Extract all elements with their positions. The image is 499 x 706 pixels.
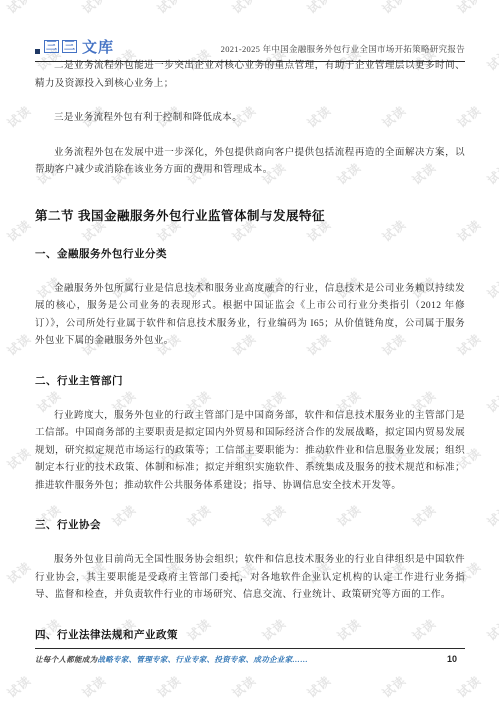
library-logo: 三 三 文库 — [35, 36, 114, 57]
sub-heading: 三、行业协会 — [35, 517, 465, 532]
watermark-text: 试读 — [4, 444, 35, 474]
watermark-text: 试读 — [304, 672, 335, 702]
logo-glyph-icon: 三 — [44, 40, 59, 53]
watermark-text: 试读 — [484, 45, 499, 75]
watermark-text: 试读 — [454, 0, 485, 17]
watermark-text: 试读 — [304, 0, 335, 17]
paragraph: 金融服务外包所属行业是信息技术和服务业高度融合的行业，信息技术是公司业务赖以持续… — [35, 281, 465, 351]
paragraph: 服务外包业目前尚无全国性服务协会组织；软件和信息技术服务业的行业自律组织是中国软… — [35, 552, 465, 605]
watermark-text: 试读 — [154, 0, 185, 17]
report-title: 2021-2025 年中国金融服务外包行业全国市场开拓策略研究报告 — [221, 43, 465, 57]
watermark-text: 试读 — [454, 672, 485, 702]
document-page: 试读试读试读试读试读试读试读试读试读试读试读试读试读试读试读试读试读试读试读试读… — [0, 0, 499, 706]
watermark-text: 试读 — [229, 0, 260, 17]
watermark-text: 试读 — [4, 102, 35, 132]
logo-glyph-icon: 三 — [62, 40, 77, 53]
page-header: 三 三 文库 2021-2025 年中国金融服务外包行业全国市场开拓策略研究报告 — [35, 22, 465, 62]
paragraph: 行业跨度大，服务外包业的行政主管部门是中国商务部，软件和信息技术服务业的主管部门… — [35, 408, 465, 496]
logo-text: 文库 — [82, 36, 114, 57]
footer-slogan: 让每个人都能成为战略专家、管理专家、行业专家、投资专家、成功企业家…… — [35, 654, 308, 665]
paragraph: 二是业务流程外包能进一步突出企业对核心业务的重点管理，有助于企业管理层以更多时间… — [35, 58, 465, 93]
sub-heading: 二、行业主管部门 — [35, 373, 465, 388]
watermark-text: 试读 — [4, 0, 35, 17]
logo-dot-icon — [35, 49, 40, 54]
footer-slogan-highlight: 战略专家、管理专家、行业专家、投资专家、成功企业家…… — [97, 655, 308, 664]
watermark-text: 试读 — [484, 273, 499, 303]
page-footer: 让每个人都能成为战略专家、管理专家、行业专家、投资专家、成功企业家…… 10 — [35, 648, 465, 665]
watermark-text: 试读 — [484, 501, 499, 531]
paragraph: 三是业务流程外包有利于控制和降低成本。 — [35, 110, 465, 128]
sub-heading: 四、行业法律法规和产业政策 — [35, 627, 465, 642]
watermark-text: 试读 — [154, 672, 185, 702]
watermark-text: 试读 — [4, 672, 35, 702]
watermark-text: 试读 — [484, 387, 499, 417]
watermark-text: 试读 — [379, 672, 410, 702]
watermark-text: 试读 — [4, 558, 35, 588]
paragraph: 业务流程外包在发展中进一步深化，外包提供商向客户提供包括流程再造的全面解决方案，… — [35, 145, 465, 180]
watermark-text: 试读 — [4, 216, 35, 246]
watermark-text: 试读 — [229, 672, 260, 702]
watermark-text: 试读 — [79, 0, 110, 17]
page-number: 10 — [447, 654, 465, 664]
watermark-text: 试读 — [484, 159, 499, 189]
watermark-text: 试读 — [79, 672, 110, 702]
footer-slogan-prefix: 让每个人都能成为 — [35, 655, 97, 664]
section-heading: 第二节 我国金融服务外包行业监管体制与发展特征 — [35, 206, 465, 224]
document-content: 二是业务流程外包能进一步突出企业对核心业务的重点管理，有助于企业管理层以更多时间… — [35, 58, 465, 662]
watermark-text: 试读 — [379, 0, 410, 17]
watermark-text: 试读 — [4, 330, 35, 360]
sub-heading: 一、金融服务外包行业分类 — [35, 246, 465, 261]
watermark-text: 试读 — [484, 615, 499, 645]
